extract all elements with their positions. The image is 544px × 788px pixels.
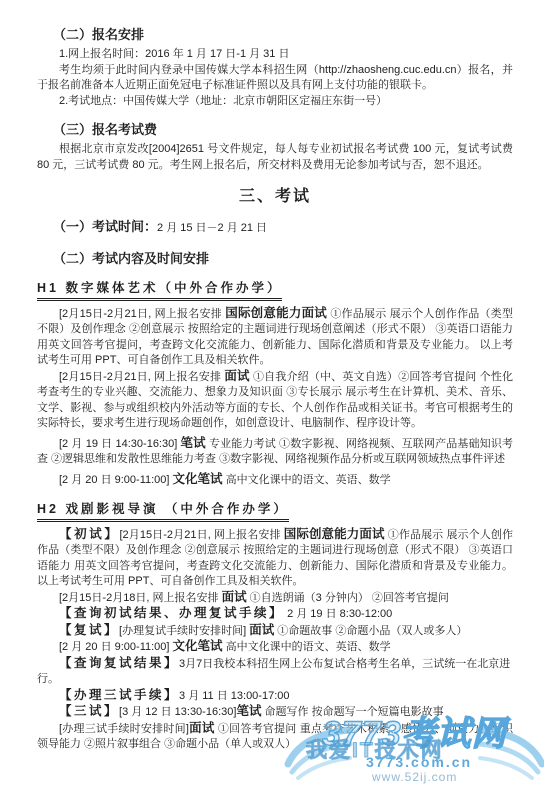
h1-paragraph-mianshi: [2月15日-2月21日, 网上报名安排 面试 ①自我介绍（中、英文自选）②回答… [37, 369, 513, 432]
h2-section-header: H2 戏剧影视导演 （中外合作办学） [37, 502, 513, 522]
heading-exam-content: （二）考试内容及时间安排 [37, 250, 513, 267]
heading-registration-arrangement: （二）报名安排 [37, 26, 513, 43]
h2-paragraph-third-test: 【三试】[3 月 12 日 13:30-16:30]笔试 命题写作 按命题写一个… [37, 704, 513, 721]
h1-paragraph-culture-written: [2 月 20 日 9:00-11:00] 文化笔试 高中文化课中的语文、英语、… [37, 472, 513, 489]
h2-paragraph-third-test-procedure: 【办理三试手续】3 月 11 日 13:00-17:00 [37, 688, 513, 705]
document-body: （二）报名安排 1.网上报名时间：2016 年 1 月 17 日-1 月 31 … [37, 26, 513, 753]
h2-paragraph-first-test: 【初试】[2月15日-2月21日, 网上报名安排 国际创意能力面试 ①作品展示 … [37, 527, 513, 590]
h2-paragraph-check-retest-result: 【查询复试结果】3月7日我校本科招生网上公布复试合格考生名单，三试统一在北京进行… [37, 656, 513, 688]
h1-paragraph-interview: [2月15日-2月21日, 网上报名安排 国际创意能力面试 ①作品展示 展示个人… [37, 306, 513, 369]
h1-major-title: H1 数字媒体艺术（中外合作办学） [37, 281, 282, 301]
h2-paragraph-third-test-interview: [办理三试手续时安排时间]面试 ①回答考官提问 重点考查艺术积累、感悟力、创造力… [37, 721, 513, 753]
paragraph-online-reg-time: 1.网上报名时间：2016 年 1 月 17 日-1 月 31 日 [37, 47, 513, 63]
exam-time-row: （一）考试时间：2 月 15 日－2 月 21 日 [37, 219, 513, 237]
h2-paragraph-mianshi: [2月15日-2月18日, 网上报名安排 面试 ①自选朗诵（3 分钟内） ②回答… [37, 590, 513, 607]
h2-major-title: H2 戏剧影视导演 （中外合作办学） [37, 502, 289, 522]
h2-paragraph-check-first-result: 【查询初试结果、办理复试手续】 2 月 19 日 8:30-12:00 [37, 606, 513, 623]
h1-paragraph-written: [2 月 19 日 14:30-16:30] 笔试 专业能力考试 ①数字影视、网… [37, 436, 513, 468]
h2-paragraph-culture-written: [2 月 20 日 9:00-11:00] 文化笔试 高中文化课中的语文、英语、… [37, 639, 513, 656]
document-page: { "doc": { "sec_reg": { "heading": "（二）报… [0, 0, 544, 788]
h2-paragraph-retest: 【复试】[办理复试手续时安排时间] 面试 ①命题故事 ②命题小品（双人或多人） [37, 623, 513, 640]
watermark-domain: 3773.com.cn [366, 754, 472, 770]
h1-section-header: H1 数字媒体艺术（中外合作办学） [37, 281, 513, 301]
exam-time-label: （一）考试时间： [53, 219, 157, 234]
paragraph-reg-instructions: 考生均须于此时间内登录中国传媒大学本科招生网（http://zhaosheng.… [37, 63, 513, 94]
watermark-domain2: www.52ij.com [372, 770, 457, 784]
heading-exam-section: 三、考试 [37, 189, 513, 205]
paragraph-fee-details: 根据北京市京发改[2004]2651 号文件规定，每人每专业初试报名考试费 10… [37, 142, 513, 173]
exam-time-value: 2 月 15 日－2 月 21 日 [157, 222, 267, 234]
heading-registration-fee: （三）报名考试费 [37, 121, 513, 138]
paragraph-exam-location: 2.考试地点：中国传媒大学（地址：北京市朝阳区定福庄东街一号） [37, 94, 513, 110]
